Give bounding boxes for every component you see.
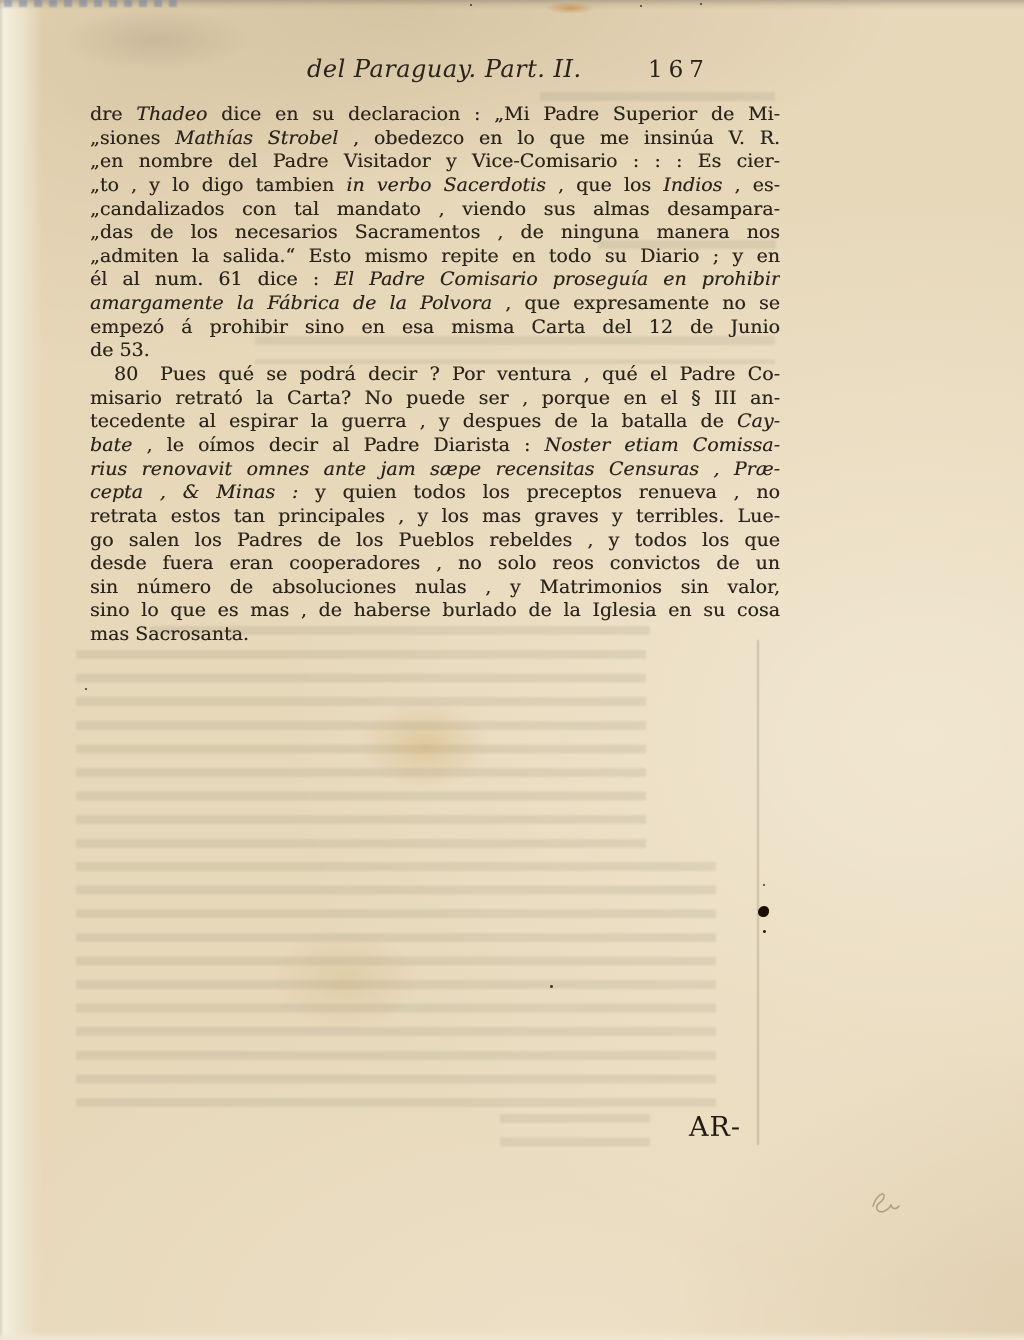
text-line: mas Sacrosanta. bbox=[90, 623, 780, 647]
text-line: dre Thadeo dice en su declaracion : „Mi … bbox=[90, 103, 780, 127]
scan-edge-artifact bbox=[4, 0, 184, 7]
ink-blot bbox=[758, 906, 769, 917]
page-number: 167 bbox=[648, 57, 710, 83]
paper-speck bbox=[85, 688, 87, 690]
book-page-scan: del Paraguay. Part. II. 167 dre Thadeo d… bbox=[0, 0, 1024, 1340]
text-line: desde fuera eran cooperadores , no solo … bbox=[90, 552, 780, 576]
text-line: tecedente al espirar la guerra , y despu… bbox=[90, 410, 780, 434]
text-line: empezó á prohibir sino en esa misma Cart… bbox=[90, 316, 780, 340]
foxing-stain bbox=[360, 700, 490, 790]
paper-speck bbox=[550, 985, 553, 988]
text-line: amargamente la Fábrica de la Polvora , q… bbox=[90, 292, 780, 316]
text-line: „en nombre del Padre Visitador y Vice-Co… bbox=[90, 150, 780, 174]
text-line: „to , y lo digo tambien in verbo Sacerdo… bbox=[90, 174, 780, 198]
catchword: AR- bbox=[689, 1112, 741, 1143]
text-line: cepta , & Minas : y quien todos los prec… bbox=[90, 481, 780, 505]
text-line: „das de los necesarios Sacramentos , de … bbox=[90, 221, 780, 245]
text-line: sin número de absoluciones nulas , y Mat… bbox=[90, 576, 780, 600]
text-line: de 53. bbox=[90, 339, 780, 363]
bleedthrough-text bbox=[76, 650, 646, 862]
bleedthrough-text bbox=[500, 1114, 650, 1158]
scan-bottom-edge bbox=[0, 1331, 1024, 1340]
bleedthrough-text bbox=[76, 862, 716, 1114]
verso-edge-crease bbox=[757, 640, 759, 1145]
text-line: „candalizados con tal mandato , viendo s… bbox=[90, 198, 780, 222]
text-line: „admiten la salida.“ Esto mismo repite e… bbox=[90, 245, 780, 269]
paper-speck bbox=[640, 5, 642, 7]
text-line: retrata estos tan principales , y los ma… bbox=[90, 505, 780, 529]
text-block: dre Thadeo dice en su declaracion : „Mi … bbox=[90, 103, 780, 647]
pencil-mark bbox=[870, 1188, 910, 1224]
text-line: él al num. 61 dice : El Padre Comisario … bbox=[90, 268, 780, 292]
paper-speck bbox=[470, 4, 472, 6]
page-left-edge bbox=[0, 0, 42, 1340]
text-line: „siones Mathías Strobel , obedezco en lo… bbox=[90, 127, 780, 151]
text-line: bate , le oímos decir al Padre Diarista … bbox=[90, 434, 780, 458]
text-line: go salen los Padres de los Pueblos rebel… bbox=[90, 529, 780, 553]
running-header-title: del Paraguay. Part. II. bbox=[307, 55, 582, 83]
foxing-stain bbox=[270, 930, 420, 1030]
paper-speck bbox=[700, 3, 702, 5]
foxing-stain bbox=[60, 8, 250, 72]
paper-speck bbox=[763, 884, 765, 886]
text-line: sino lo que es mas , de haberse burlado … bbox=[90, 599, 780, 623]
text-line: rius renovavit omnes ante jam sæpe recen… bbox=[90, 458, 780, 482]
text-line: 80 Pues qué se podrá decir ? Por ventura… bbox=[90, 363, 780, 387]
text-line: misario retrató la Carta? No puede ser ,… bbox=[90, 387, 780, 411]
